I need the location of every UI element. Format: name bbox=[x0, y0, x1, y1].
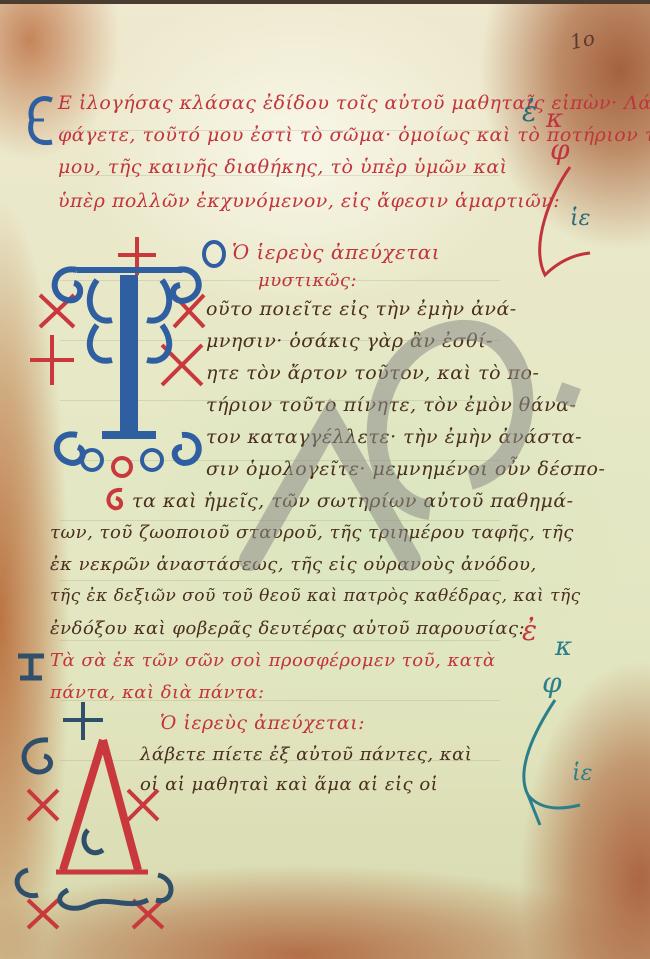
margin-note-ekphonesis-2: ἐ κ φ ἱε bbox=[500, 600, 620, 830]
svg-text:κ: κ bbox=[554, 632, 572, 662]
svg-text:φ: φ bbox=[550, 133, 570, 166]
svg-text:φ: φ bbox=[542, 666, 562, 699]
svg-text:ἱε: ἱε bbox=[570, 206, 590, 231]
svg-text:ἐ: ἐ bbox=[522, 614, 537, 647]
margin-note-ekphonesis-1: ἐ κ φ ἱε bbox=[510, 85, 630, 285]
manuscript-page: 1ο Ε ἰλογήσας κλάσας ἐδίδου τοῖς αὐτοῦ μ… bbox=[0, 0, 650, 959]
svg-text:ἐ: ἐ bbox=[522, 95, 537, 128]
svg-text:ἱε: ἱε bbox=[572, 761, 592, 786]
svg-text:κ: κ bbox=[545, 104, 563, 134]
